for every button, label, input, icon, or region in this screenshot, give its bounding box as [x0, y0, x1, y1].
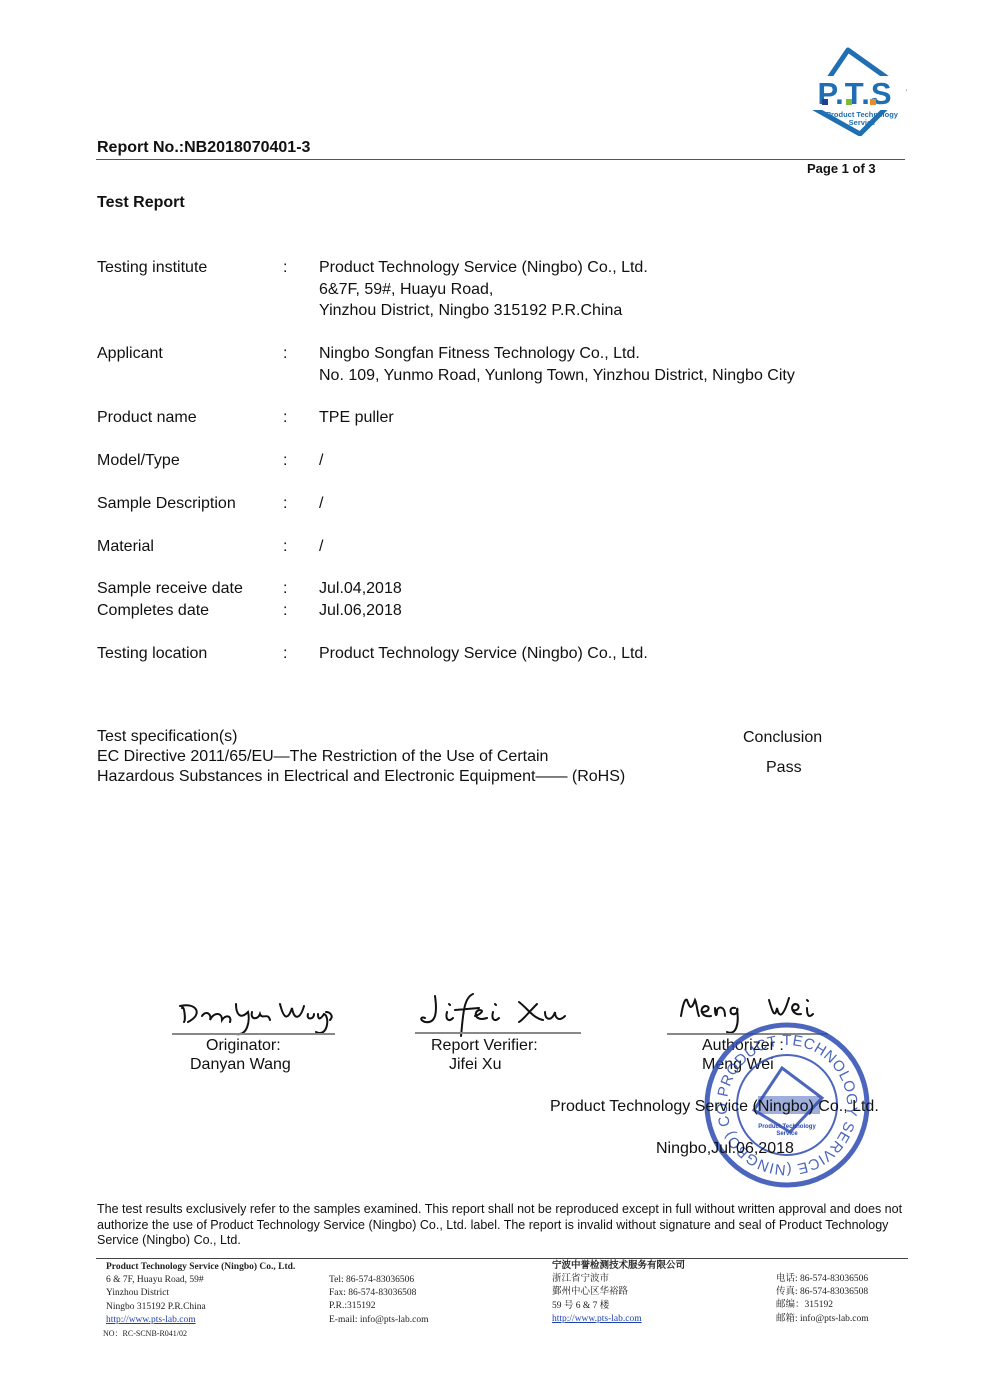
field-value: /: [319, 450, 323, 472]
footer-website-link-cn[interactable]: http://www.pts-lab.com: [552, 1314, 642, 1324]
value-line: /: [319, 493, 323, 515]
value-line: /: [319, 450, 323, 472]
footer-postcode: P.R.:315192: [329, 1300, 429, 1313]
field-colon: :: [283, 600, 287, 622]
field-label: Applicant: [97, 343, 282, 365]
field-value: Jul.04,2018: [319, 578, 402, 600]
value-line: Ningbo Songfan Fitness Technology Co., L…: [319, 343, 795, 365]
footer-en-address: Product Technology Service (Ningbo) Co.,…: [106, 1261, 295, 1340]
field-value: Ningbo Songfan Fitness Technology Co., L…: [319, 343, 795, 386]
field-colon: :: [283, 407, 287, 429]
field-value: Product Technology Service (Ningbo) Co.,…: [319, 257, 648, 322]
svg-text:Product Technology: Product Technology: [758, 1124, 816, 1130]
header-divider: [96, 159, 905, 160]
field-colon: :: [283, 536, 287, 558]
field-colon: :: [283, 257, 287, 279]
signatory-role: Report Verifier:: [431, 1037, 538, 1055]
signature-line: [415, 1032, 581, 1034]
field-value: /: [319, 493, 323, 515]
signatory-name: Jifei Xu: [449, 1056, 501, 1074]
value-line: Yinzhou District, Ningbo 315192 P.R.Chin…: [319, 300, 648, 322]
svg-text:Service: Service: [849, 118, 876, 127]
value-line: TPE puller: [319, 407, 394, 429]
value-line: /: [319, 536, 323, 558]
value-line: No. 109, Yunmo Road, Yunlong Town, Yinzh…: [319, 365, 795, 387]
footer-address-line: 6 & 7F, Huayu Road, 59#: [106, 1274, 295, 1287]
signature-line: [172, 1033, 335, 1035]
field-label: Sample receive date: [97, 578, 282, 600]
value-line: Jul.04,2018: [319, 578, 402, 600]
footer-company: Product Technology Service (Ningbo) Co.,…: [106, 1261, 295, 1274]
footer-cn-address: 宁波中誉检测技术服务有限公司 浙江省宁波市 鄞州中心区华裕路 59 号 6 & …: [552, 1260, 685, 1326]
footer-address-line: Yinzhou District: [106, 1287, 295, 1300]
field-label: Testing location: [97, 643, 282, 665]
footer-tel: Tel: 86-574-83036506: [329, 1274, 429, 1287]
field-label: Product name: [97, 407, 282, 429]
handwritten-signature-icon: [170, 990, 340, 1038]
footer-postcode-cn: 邮编：315192: [776, 1299, 869, 1312]
spec-heading: Test specification(s): [97, 728, 238, 746]
footer-fax-cn: 传真: 86-574-83036508: [776, 1286, 869, 1299]
field-value: Jul.06,2018: [319, 600, 402, 622]
field-value: Product Technology Service (Ningbo) Co.,…: [319, 643, 648, 665]
value-line: 6&7F, 59#, Huayu Road,: [319, 279, 648, 301]
footer-website-link[interactable]: http://www.pts-lab.com: [106, 1315, 196, 1325]
value-line: Product Technology Service (Ningbo) Co.,…: [319, 643, 648, 665]
field-label: Material: [97, 536, 282, 558]
value-line: Jul.06,2018: [319, 600, 402, 622]
footer-fax: Fax: 86-574-83036508: [329, 1287, 429, 1300]
handwritten-signature-icon: [415, 988, 585, 1038]
footer-en-contact: Tel: 86-574-83036506 Fax: 86-574-8303650…: [329, 1274, 429, 1327]
report-number: Report No.:NB2018070401-3: [97, 139, 310, 157]
footer-cn-contact: 电话: 86-574-83036506 传真: 86-574-83036508 …: [776, 1273, 869, 1326]
field-colon: :: [283, 343, 287, 365]
form-number: NO：RC-SCNB-R041/02: [103, 1327, 295, 1340]
svg-text:Service: Service: [776, 1131, 798, 1137]
footer-address-line-cn: 59 号 6 & 7 楼: [552, 1300, 685, 1313]
footer-email: E-mail: info@pts-lab.com: [329, 1314, 429, 1327]
disclaimer-text: The test results exclusively refer to th…: [97, 1202, 907, 1249]
field-value: TPE puller: [319, 407, 394, 429]
conclusion-heading: Conclusion: [743, 729, 822, 747]
footer-address-line-cn: 鄞州中心区华裕路: [552, 1286, 685, 1299]
page-indicator: Page 1 of 3: [807, 161, 876, 176]
footer-tel-cn: 电话: 86-574-83036506: [776, 1273, 869, 1286]
document-title: Test Report: [97, 194, 185, 212]
field-label: Completes date: [97, 600, 282, 622]
field-label: Sample Description: [97, 493, 282, 515]
field-colon: :: [283, 493, 287, 515]
footer-address-line-cn: 浙江省宁波市: [552, 1273, 685, 1286]
field-label: Testing institute: [97, 257, 282, 279]
issuer-company: Product Technology Service (Ningbo) Co.,…: [550, 1098, 879, 1116]
pts-logo-icon: P.T.S Product Technology Service: [800, 46, 910, 136]
footer-address-line: Ningbo 315192 P.R.China: [106, 1301, 295, 1314]
conclusion-value: Pass: [766, 759, 802, 777]
signatory-role: Originator:: [206, 1037, 281, 1055]
footer-email-cn: 邮箱: info@pts-lab.com: [776, 1313, 869, 1326]
field-colon: :: [283, 643, 287, 665]
pts-logo: P.T.S Product Technology Service: [800, 46, 910, 136]
issue-place-date: Ningbo,Jul.06,2018: [656, 1140, 794, 1158]
signatory-name: Danyan Wang: [190, 1056, 291, 1074]
field-value: /: [319, 536, 323, 558]
value-line: Product Technology Service (Ningbo) Co.,…: [319, 257, 648, 279]
spec-line-2: Hazardous Substances in Electrical and E…: [97, 768, 625, 786]
footer-divider: [96, 1258, 908, 1259]
field-colon: :: [283, 578, 287, 600]
field-colon: :: [283, 450, 287, 472]
spec-line-1: EC Directive 2011/65/EU—The Restriction …: [97, 748, 548, 766]
field-label: Model/Type: [97, 450, 282, 472]
svg-text:P.T.S: P.T.S: [817, 76, 892, 111]
footer-company-cn: 宁波中誉检测技术服务有限公司: [552, 1260, 685, 1273]
